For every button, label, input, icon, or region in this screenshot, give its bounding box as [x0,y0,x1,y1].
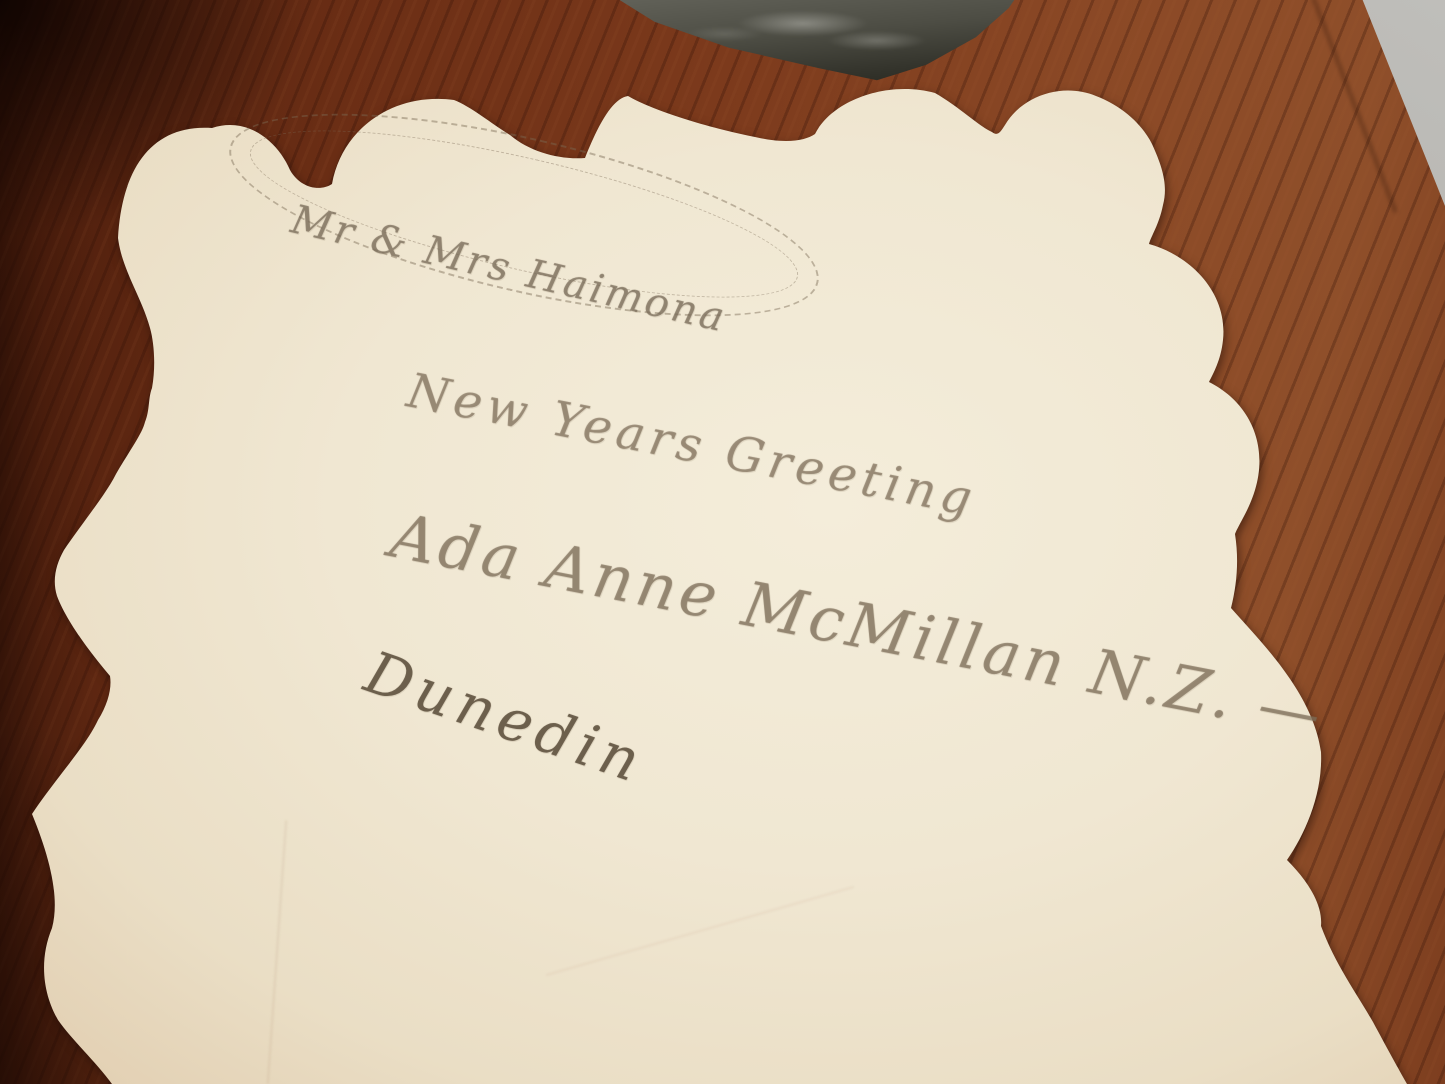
greeting-card [0,0,1445,1084]
photo: Mr & Mrs Haimona New Years Greeting Ada … [0,0,1445,1084]
